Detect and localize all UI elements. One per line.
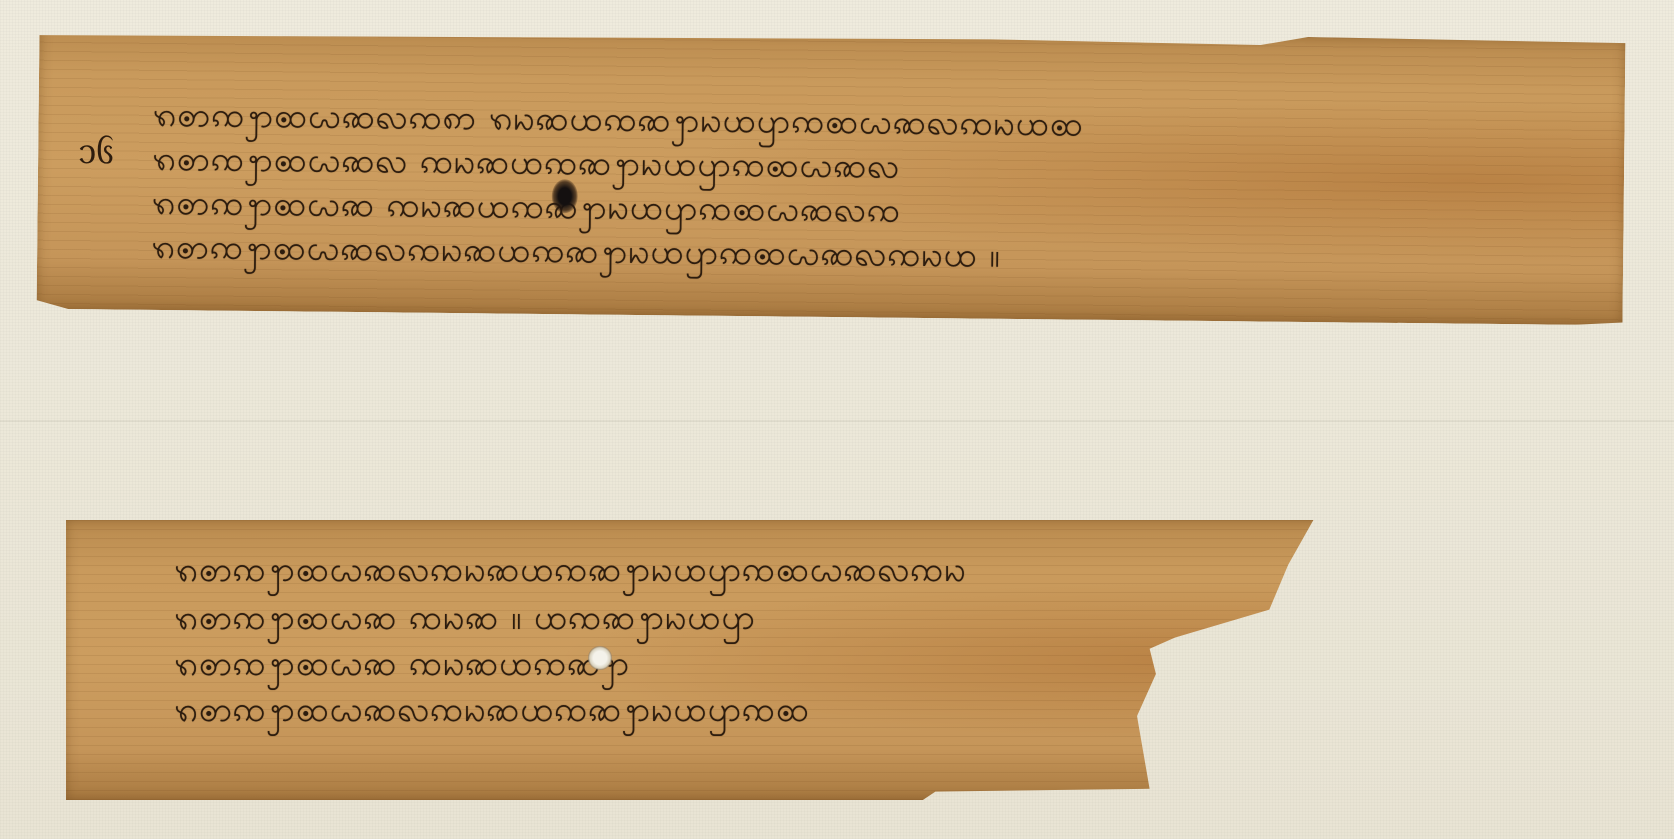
script-line: ꩫꩦꩡꩭꩧꩬꩣꩮꩡꩢꩣꩤꩡꩣꩭꩢꩤꩥꩡꩧꩬꩣꩮꩡꩢꩤ ။ [151, 227, 1001, 276]
script-line: ꩫꩦꩡꩭꩧꩬꩣ ꩡꩢꩣ ။ ꩤꩡꩣꩭꩢꩤꩥ [174, 598, 756, 638]
folio-numeral: ᧑᧖ [78, 128, 114, 175]
lower-palm-leaf: ꩫꩦꩡꩭꩧꩬꩣꩮꩡꩢꩣꩤꩡꩣꩭꩢꩤꩥꩡꩧꩬꩣꩮꩡꩢ ꩫꩦꩡꩭꩧꩬꩣ ꩡꩢꩣ ။ … [66, 520, 1326, 800]
script-line: ꩫꩦꩡꩭꩧꩬꩣ ꩡꩢꩣꩤꩡꩣꩭ [174, 644, 630, 684]
script-line: ꩫꩦꩡꩭꩧꩬꩣꩮꩡꩢꩣꩤꩡꩣꩭꩢꩤꩥꩡꩧ [174, 690, 810, 730]
script-line: ꩫꩦꩡꩭꩧꩬꩣ ꩡꩢꩣꩤꩡꩣꩭꩢꩤꩥꩡꩧꩬꩣꩮꩡ [151, 183, 901, 231]
upper-palm-leaf: ᧑᧖ ꩫꩦꩡꩭꩧꩬꩣꩮꩡꩱ ꩫꩢꩣꩤꩡꩣꩭꩢꩤꩥꩡꩧꩬꩣꩮꩡꩢꩤꩧ ꩫꩦꩡꩭꩧꩬ… [37, 24, 1626, 326]
script-line: ꩫꩦꩡꩭꩧꩬꩣꩮꩡꩢꩣꩤꩡꩣꩭꩢꩤꩥꩡꩧꩬꩣꩮꩡꩢ [174, 550, 967, 590]
open-string-hole [588, 646, 612, 670]
cloth-fold-line [0, 420, 1674, 422]
script-line: ꩫꩦꩡꩭꩧꩬꩣꩮ ꩡꩢꩣꩤꩡꩣꩭꩢꩤꩥꩡꩧꩬꩣꩮ [152, 139, 901, 187]
script-line: ꩫꩦꩡꩭꩧꩬꩣꩮꩡꩱ ꩫꩢꩣꩤꩡꩣꩭꩢꩤꩥꩡꩧꩬꩣꩮꩡꩢꩤꩧ [152, 95, 1084, 145]
